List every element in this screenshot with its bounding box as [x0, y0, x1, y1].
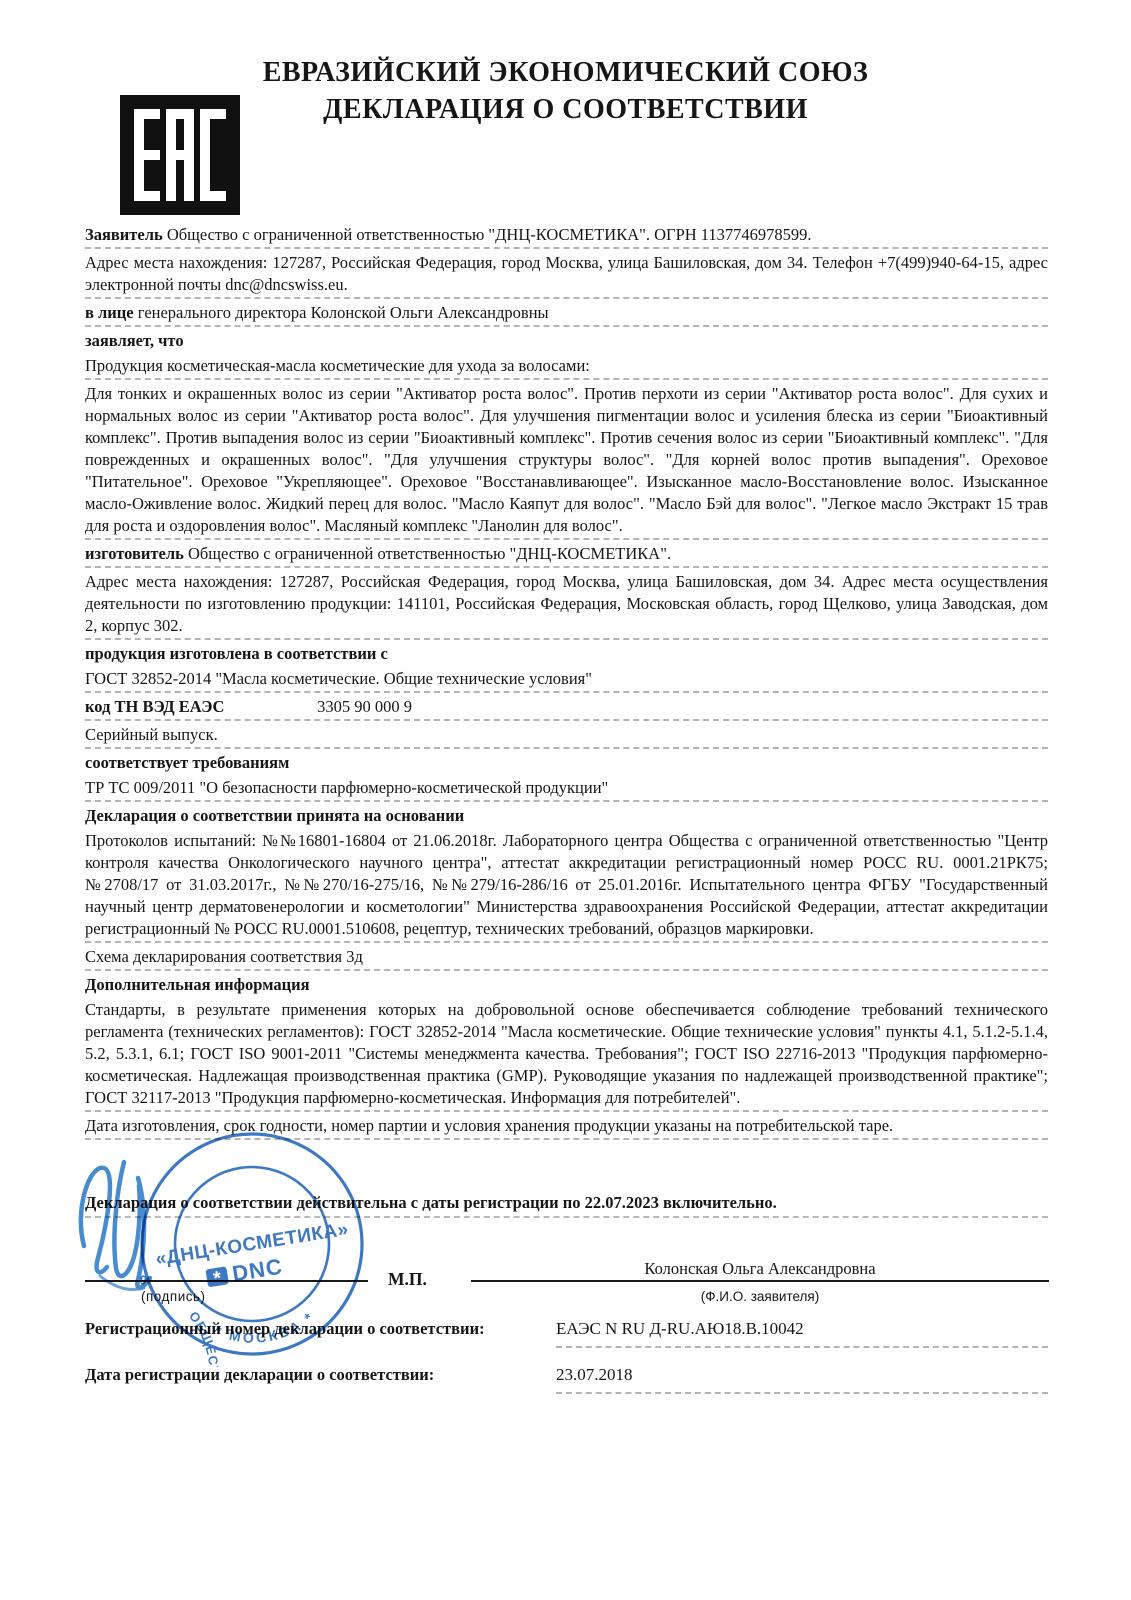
manufacturer-address: Адрес места нахождения: 127287, Российск…	[85, 571, 1048, 640]
production-standard-value: ГОСТ 32852-2014 "Масла косметические. Об…	[85, 668, 1048, 693]
tnved-value: 3305 90 000 9	[317, 697, 412, 716]
registration-number-field: ЕАЭС N RU Д-RU.АЮ18.В.10042	[556, 1318, 1048, 1348]
registration-date-field: 23.07.2018	[556, 1364, 1048, 1394]
basis-label: Декларация о соответствии принята на осн…	[85, 805, 1048, 827]
union-title: ЕВРАЗИЙСКИЙ ЭКОНОМИЧЕСКИЙ СОЮЗ	[0, 54, 1131, 91]
manufacturer-value: Общество с ограниченной ответственностью…	[188, 544, 671, 563]
registration-number-row: Регистрационный номер декларации о соотв…	[85, 1318, 1048, 1348]
eac-mark-icon	[120, 95, 240, 215]
product-intro: Продукция косметическая-масла косметичес…	[85, 355, 1048, 380]
applicant-label: Заявитель	[85, 225, 163, 244]
declaration-document: EAC ЕВРАЗИЙСКИЙ ЭКОНОМИЧЕСКИЙ СОЮЗ ДЕКЛА…	[0, 0, 1131, 1600]
product-list: Для тонких и окрашенных волос из серии "…	[85, 383, 1048, 540]
signature-line	[85, 1280, 368, 1282]
manufacturer-label: изготовитель	[85, 544, 184, 563]
production-standard-label: продукция изготовлена в соответствии с	[85, 643, 1048, 665]
manufacturer-row: изготовитель Общество с ограниченной отв…	[85, 543, 1048, 568]
stamp-place-label: М.П.	[388, 1268, 427, 1290]
serial-release: Серийный выпуск.	[85, 724, 1048, 749]
in-person-value: генерального директора Колонской Ольги А…	[138, 303, 549, 322]
registration-date-row: Дата регистрации декларации о соответств…	[85, 1364, 1048, 1394]
fio-caption: (Ф.И.О. заявителя)	[471, 1286, 1049, 1308]
validity-statement: Декларация о соответствии действительна …	[85, 1192, 1048, 1218]
tnved-label: код ТН ВЭД ЕАЭС	[85, 696, 313, 718]
applicant-address: Адрес места нахождения: 127287, Российск…	[85, 252, 1048, 299]
registration-date-label: Дата регистрации декларации о соответств…	[85, 1364, 556, 1386]
applicant-fio: Колонская Ольга Александровна	[471, 1258, 1049, 1280]
fio-line	[471, 1280, 1049, 1282]
registration-number-value: ЕАЭС N RU Д-RU.АЮ18.В.10042	[556, 1319, 804, 1338]
additional-info-label: Дополнительная информация	[85, 974, 1048, 996]
registration-date-value: 23.07.2018	[556, 1365, 633, 1384]
applicant-in-person-row: в лице генерального директора Колонской …	[85, 302, 1048, 327]
registration-number-label: Регистрационный номер декларации о соотв…	[85, 1318, 556, 1340]
conformity-value: ТР ТС 009/2011 "О безопасности парфюмерн…	[85, 777, 1048, 802]
applicant-row: Заявитель Общество с ограниченной ответс…	[85, 224, 1048, 249]
in-person-label: в лице	[85, 303, 134, 322]
declaration-scheme: Схема декларирования соответствия 3д	[85, 946, 1048, 971]
signing-section: Декларация о соответствии действительна …	[85, 1192, 1048, 1394]
tnved-row: код ТН ВЭД ЕАЭС 3305 90 000 9	[85, 696, 1048, 721]
conformity-label: соответствует требованиям	[85, 752, 1048, 774]
additional-info-text: Стандарты, в результате применения котор…	[85, 999, 1048, 1112]
signature-area: (подпись) М.П. Колонская Ольга Александр…	[85, 1226, 1048, 1314]
declares-label: заявляет, что	[85, 330, 1048, 352]
storage-info: Дата изготовления, срок годности, номер …	[85, 1115, 1048, 1140]
eac-logo: EAC	[120, 95, 240, 215]
document-body: Заявитель Общество с ограниченной ответс…	[85, 224, 1048, 1143]
basis-text: Протоколов испытаний: №№16801-16804 от 2…	[85, 830, 1048, 943]
signature-caption: (подпись)	[141, 1286, 206, 1308]
applicant-value: Общество с ограниченной ответственностью…	[167, 225, 812, 244]
